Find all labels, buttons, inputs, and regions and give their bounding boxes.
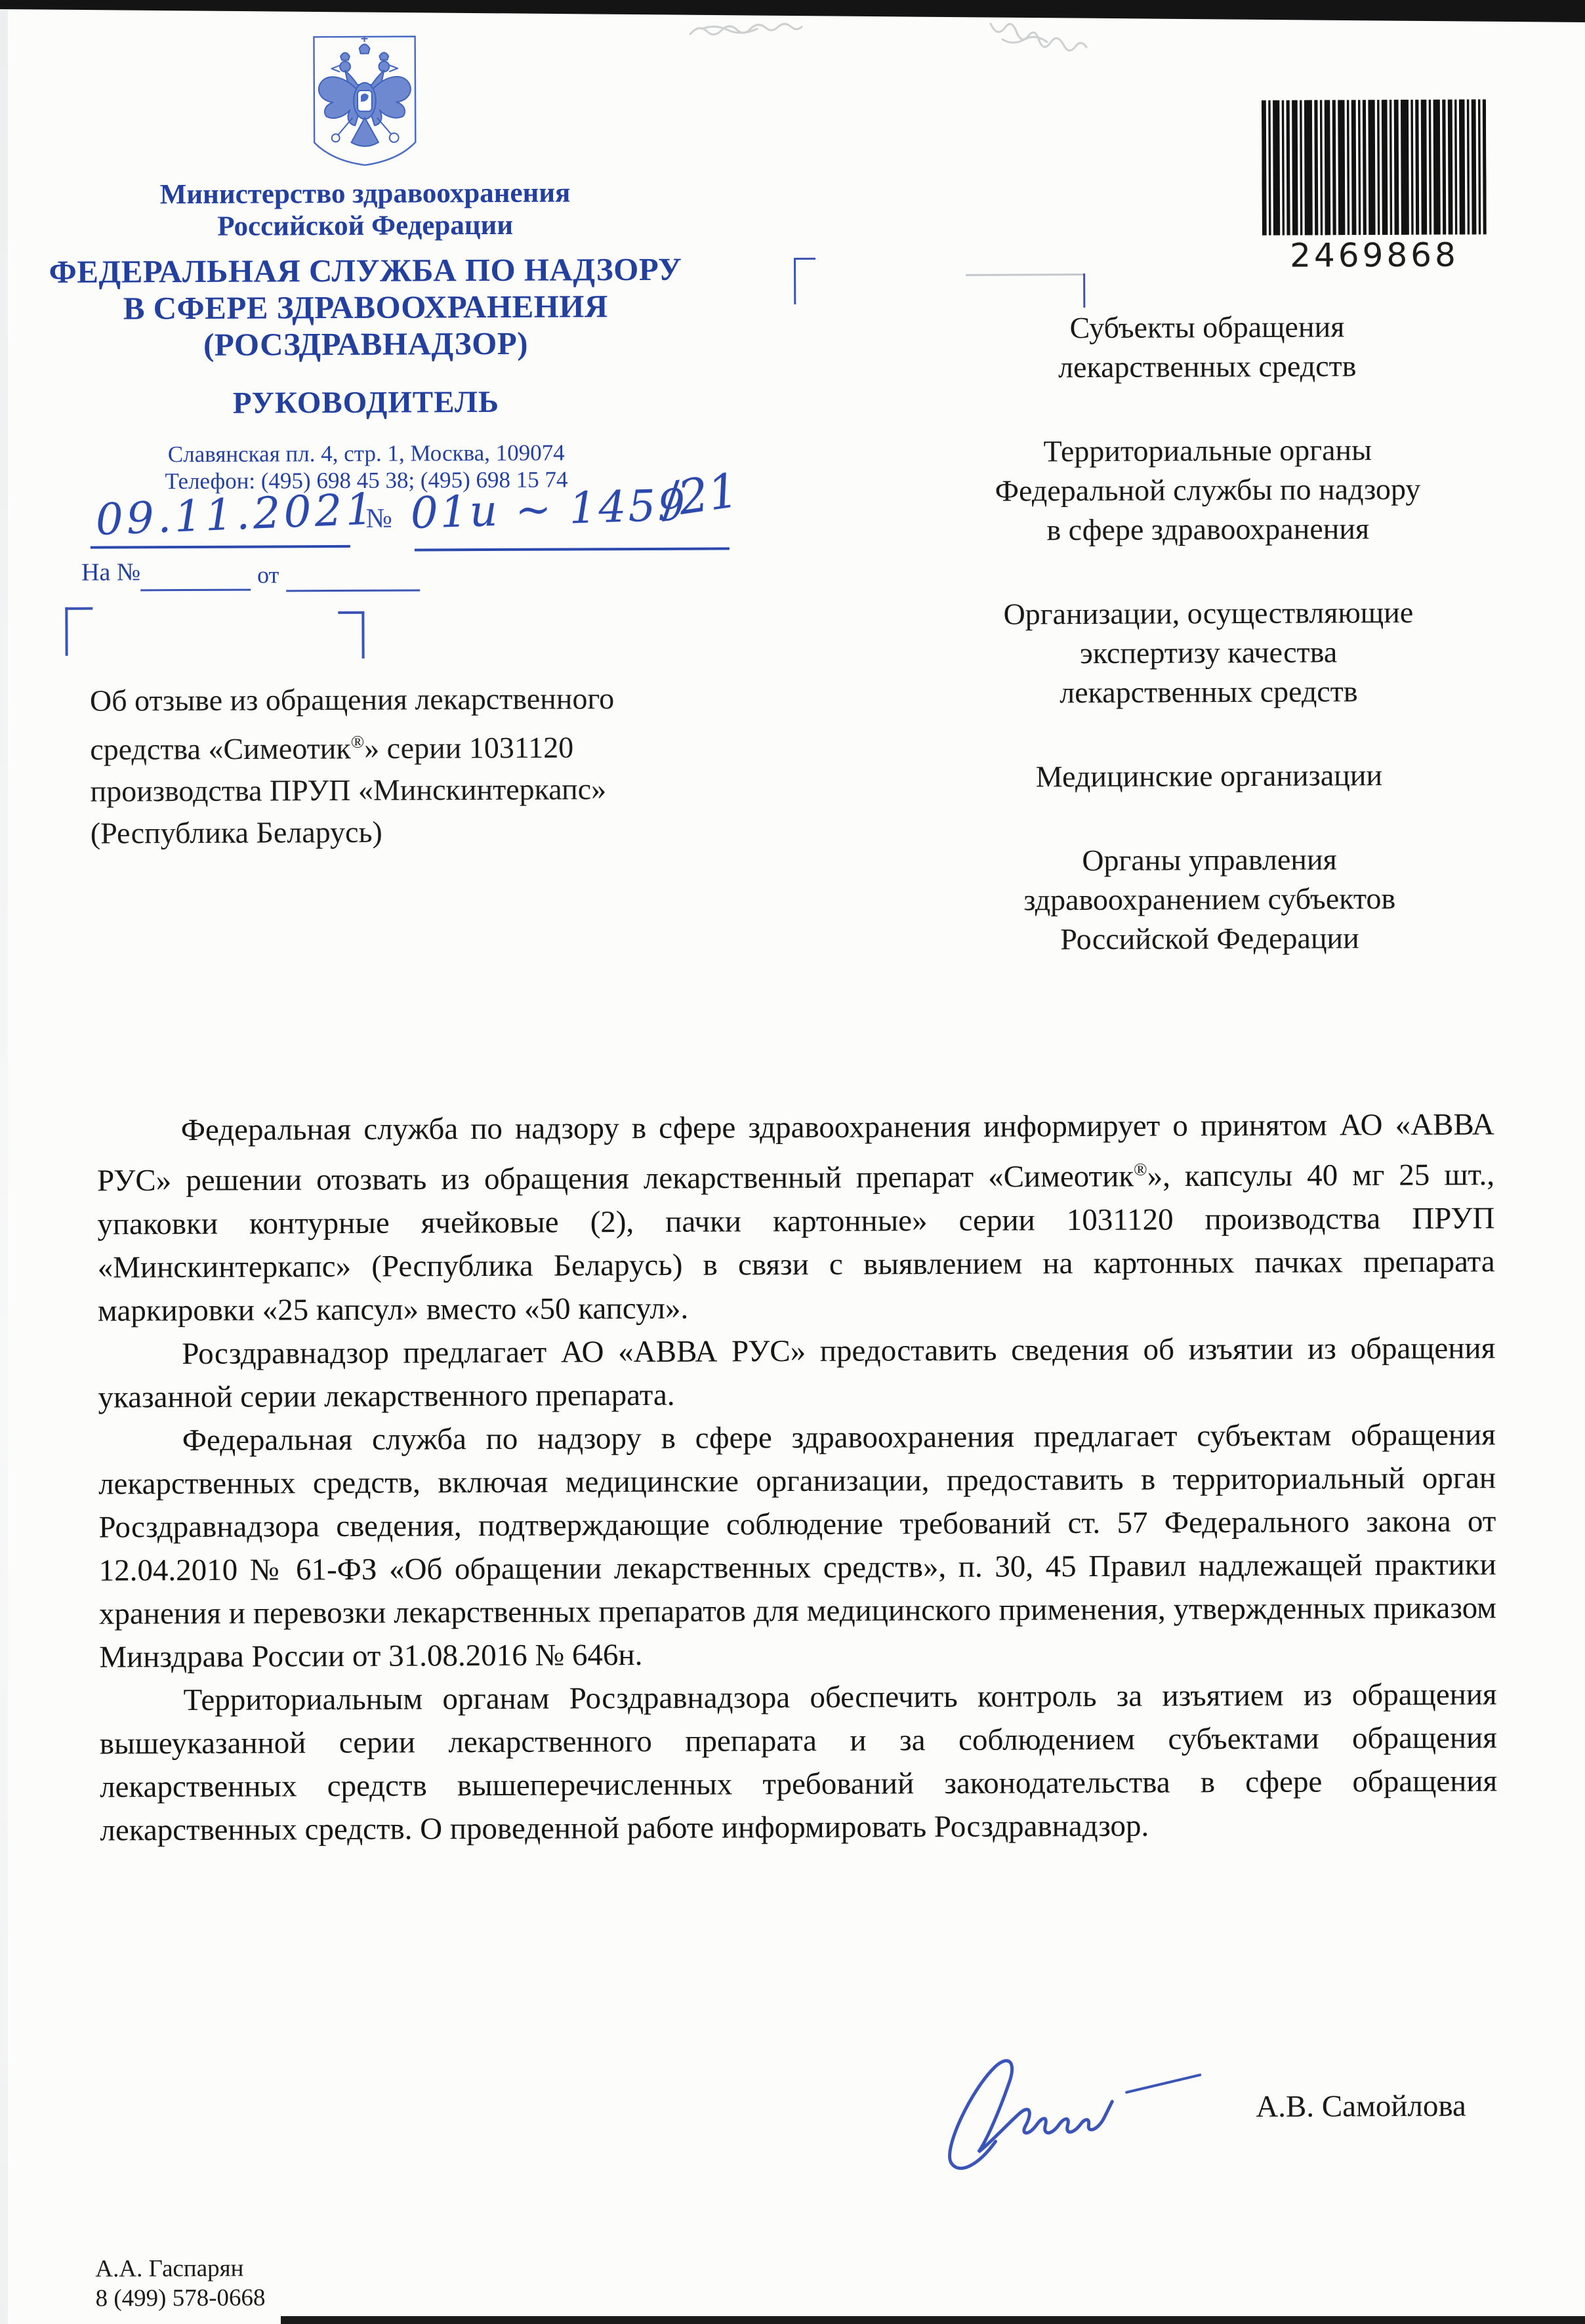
date-underline xyxy=(91,545,350,549)
subject-corner-mark-right xyxy=(338,611,364,659)
handwritten-number-suffix: /21 xyxy=(659,462,742,528)
subject-corner-mark-left xyxy=(65,607,93,656)
recipient-item: Медицинские организации xyxy=(895,755,1522,797)
recipient-item: Органы управления здравоохранением субъе… xyxy=(896,839,1523,960)
reply-number-blank xyxy=(140,589,251,592)
registered-mark-icon: ® xyxy=(351,732,365,752)
body-paragraph-4: Территориальным органам Росздравнадзора … xyxy=(99,1673,1497,1852)
subject-block: Об отзыве из обращения лекарственного ср… xyxy=(90,677,733,855)
handwritten-date: 09.11.2021 xyxy=(94,483,377,545)
letter-page: Министерство здравоохранения Российской … xyxy=(0,0,1585,2324)
executor-name: А.А. Гаспарян xyxy=(95,2254,265,2284)
ministry-name: Министерство здравоохранения Российской … xyxy=(33,176,696,243)
coat-of-arms-emblem xyxy=(309,33,420,169)
body-paragraph-1: Федеральная служба по надзору в сфере зд… xyxy=(97,1103,1495,1332)
recipient-item: Территориальные органы Федеральной служб… xyxy=(894,430,1521,550)
recipients-list: Субъекты обращения лекарственных средств… xyxy=(894,306,1523,1004)
subject-line: Об отзыве из обращения лекарственного xyxy=(90,677,733,722)
addressee-corner-mark-right-line xyxy=(966,274,1085,276)
scan-edge-bottom xyxy=(281,2316,1585,2324)
body-paragraph-3: Федеральная служба по надзору в сфере зд… xyxy=(98,1413,1497,1679)
reply-date-blank xyxy=(286,589,420,592)
barcode: 2469868 xyxy=(1262,99,1487,274)
number-underline xyxy=(415,547,730,551)
signer-name: А.В. Самойлова xyxy=(1256,2089,1466,2125)
reply-number-label: На № xyxy=(81,558,140,586)
number-sign: № xyxy=(366,503,392,535)
address-line: Славянская пл. 4, стр. 1, Москва, 109074 xyxy=(35,439,697,468)
letterhead: Министерство здравоохранения Российской … xyxy=(33,32,697,495)
subject-line: (Республика Беларусь) xyxy=(91,810,733,855)
letter-body: Федеральная служба по надзору в сфере зд… xyxy=(97,1103,1498,1852)
addressee-corner-mark-left xyxy=(794,258,815,304)
recipient-item: Субъекты обращения лекарственных средств xyxy=(894,306,1521,388)
handwritten-number: 01и ~ 1459 xyxy=(410,479,688,539)
registered-mark-icon: ® xyxy=(1134,1160,1147,1179)
reply-from-label: от xyxy=(257,561,279,588)
executor-block: А.А. Гаспарян 8 (499) 578-0668 xyxy=(95,2254,265,2314)
barcode-icon xyxy=(1262,99,1487,235)
addressee-corner-mark-right xyxy=(1083,274,1085,308)
recipient-item: Организации, осуществляющие экспертизу к… xyxy=(895,592,1522,713)
subject-line: производства ПРУП «Минскинтеркапс» xyxy=(90,768,733,813)
signature-stroke xyxy=(932,2009,1274,2194)
position-title: РУКОВОДИТЕЛЬ xyxy=(35,384,697,422)
executor-phone: 8 (499) 578-0668 xyxy=(95,2283,265,2314)
barcode-number: 2469868 xyxy=(1262,235,1487,274)
subject-line: средства «Симеотик®» серии 1031120 xyxy=(90,719,733,771)
document-content: Министерство здравоохранения Российской … xyxy=(0,0,1585,2324)
service-name: ФЕДЕРАЛЬНАЯ СЛУЖБА ПО НАДЗОРУ В СФЕРЕ ЗД… xyxy=(34,251,697,364)
body-paragraph-2: Росздравнадзор предлагает АО «АВВА РУС» … xyxy=(98,1326,1496,1419)
